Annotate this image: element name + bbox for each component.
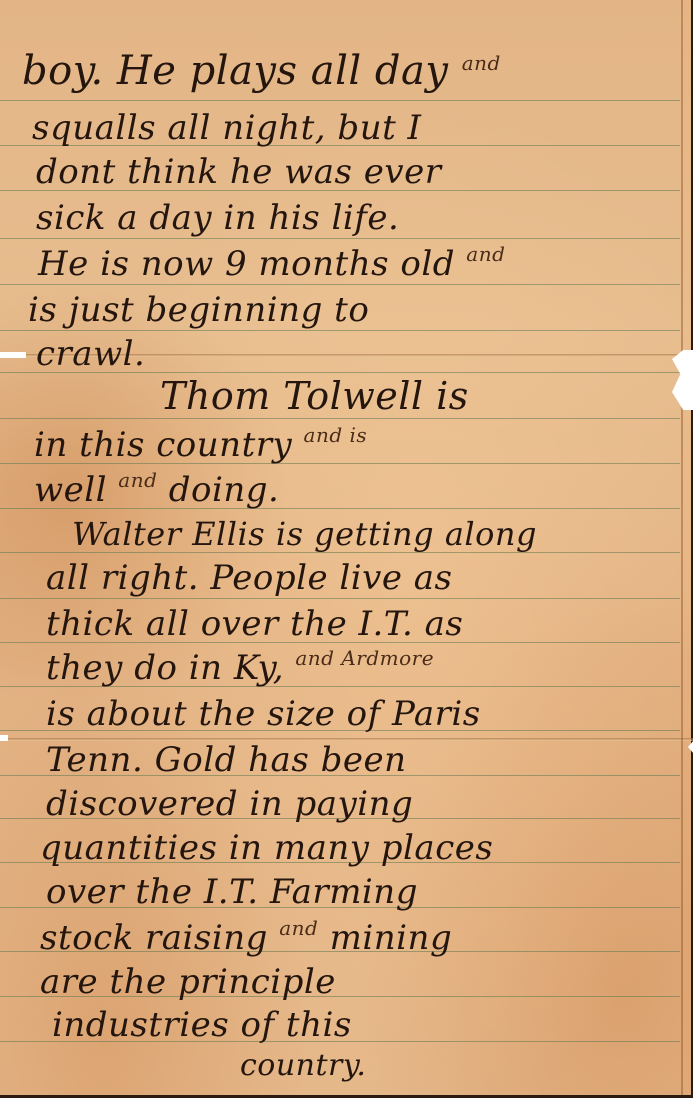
tear-left-lower [0, 735, 8, 741]
page-edge [681, 0, 683, 1095]
text-line: Thom Tolwell is [160, 374, 469, 418]
text-line: thick all over the I.T. as [46, 604, 463, 644]
text-line: Walter Ellis is getting along [72, 515, 537, 553]
letter-page: boy. He plays all day and squalls all ni… [0, 0, 693, 1098]
text-line: sick a day in his life. [36, 198, 399, 238]
text-line: in this country and is [34, 425, 367, 465]
text-line: they do in Ky, and Ardmore [46, 648, 434, 688]
text-line: all right. People live as [46, 558, 453, 598]
text-line: well and doing. [34, 470, 279, 510]
text-line: over the I.T. Farming [46, 872, 418, 912]
tear-left-upper [0, 352, 26, 358]
text-line: quantities in many places [40, 828, 493, 868]
text-line: stock raising and mining [40, 918, 452, 958]
text-line: are the principle [40, 962, 336, 1002]
text-line: He is now 9 months old and [38, 244, 505, 284]
text-line: dont think he was ever [36, 152, 442, 192]
text-line: is just beginning to [28, 290, 369, 330]
text-line: is about the size of Paris [46, 694, 481, 734]
text-line: Tenn. Gold has been [46, 740, 406, 780]
text-line: industries of this [52, 1005, 352, 1045]
page-margin-right [693, 1000, 700, 1107]
text-line: country. [240, 1048, 366, 1083]
text-line: boy. He plays all day and [22, 48, 501, 94]
text-line: crawl. [36, 334, 145, 374]
text-line: squalls all night, but I [32, 108, 422, 148]
text-line: discovered in paying [46, 784, 413, 824]
